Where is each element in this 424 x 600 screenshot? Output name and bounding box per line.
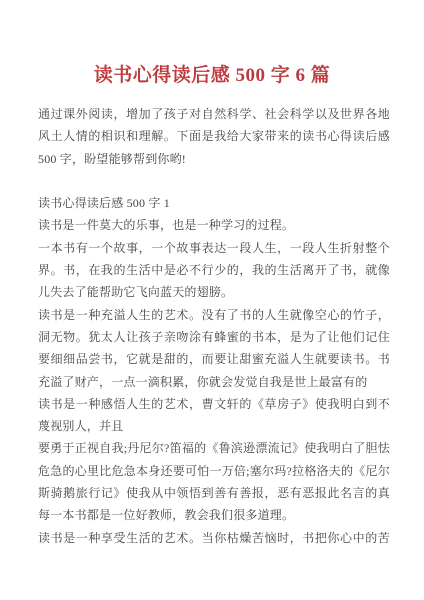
text-line: 洞无物。犹太人让孩子亲吻涂有蜂蜜的书本，是为了让他们记住只 (38, 326, 390, 348)
text-line: 读书是一种享受生活的艺术。当你枯燥苦恼时，书把你心中的苦恼 (38, 527, 390, 549)
paragraph: 一本书有一个故事，一个故事表达一段人生，一段人生折射整个世 界。书，在我的生活中… (38, 237, 390, 304)
document-title: 读书心得读后感 500 字 6 篇 (38, 62, 386, 90)
text-line: 每一本书都是一位好教师，教会我们很多道理。 (38, 504, 390, 526)
paragraph: 读书是一种感悟人生的艺术，曹文轩的《草房子》使我明白到不能 蔑视别人，并且 (38, 393, 390, 438)
section-heading: 读书心得读后感 500 字 1 (38, 192, 390, 214)
paragraph: 读书是一种充溢人生的艺术。没有了书的人生就像空心的竹子，空 洞无物。犹太人让孩子… (38, 304, 390, 393)
text-line: 充溢了财产，一点一滴积累，你就会发觉自我是世上最富有的人。 (38, 371, 390, 393)
text-line: 儿失去了能帮助它飞向蓝天的翅膀。 (38, 281, 390, 303)
paragraph: 读书是一种享受生活的艺术。当你枯燥苦恼时，书把你心中的苦恼 (38, 527, 390, 549)
text-line: 蔑视别人，并且 (38, 415, 390, 437)
text-line: 风土人情的相识和理解。下面是我给大家带来的读书心得读后感 (38, 125, 390, 147)
text-line: 读书是一种感悟人生的艺术，曹文轩的《草房子》使我明白到不能 (38, 393, 390, 415)
text-line: 要勇于正视自我;丹尼尔?笛福的《鲁滨逊漂流记》使我明白了胆怯 (38, 437, 390, 459)
text-line: 通过课外阅读，增加了孩子对自然科学、社会科学以及世界各地的 (38, 103, 390, 125)
text-line: 读书是一种充溢人生的艺术。没有了书的人生就像空心的竹子，空 (38, 304, 390, 326)
text-line: 危急的心里比危急本身还要可怕一万倍;塞尔玛?拉格洛夫的《尼尔 (38, 460, 390, 482)
text-line: 一本书有一个故事，一个故事表达一段人生，一段人生折射整个世 (38, 237, 390, 259)
text-line: 界。书，在我的生活中是必不行少的，我的生活离开了书，就像鸟 (38, 259, 390, 281)
document-page: 读书心得读后感 500 字 6 篇 通过课外阅读，增加了孩子对自然科学、社会科学… (0, 0, 424, 600)
text-line: 要细细品尝书，它就是甜的，而要让甜蜜充溢人生就要读书。书中 (38, 348, 390, 370)
paragraph: 读书是一件莫大的乐事，也是一种学习的过程。 (38, 214, 390, 236)
text-line: 斯骑鹅旅行记》使我从中领悟到善有善报，恶有恶报此名言的真谛 (38, 482, 390, 504)
document-body: 通过课外阅读，增加了孩子对自然科学、社会科学以及世界各地的 风土人情的相识和理解… (38, 103, 390, 549)
intro-paragraph: 通过课外阅读，增加了孩子对自然科学、社会科学以及世界各地的 风土人情的相识和理解… (38, 103, 390, 170)
text-line: 500 字，盼望能够帮到你哟! (38, 148, 390, 170)
text-line: 读书心得读后感 500 字 1 (38, 192, 390, 214)
text-line: 读书是一件莫大的乐事，也是一种学习的过程。 (38, 214, 390, 236)
paragraph: 要勇于正视自我;丹尼尔?笛福的《鲁滨逊漂流记》使我明白了胆怯 危急的心里比危急本… (38, 437, 390, 526)
